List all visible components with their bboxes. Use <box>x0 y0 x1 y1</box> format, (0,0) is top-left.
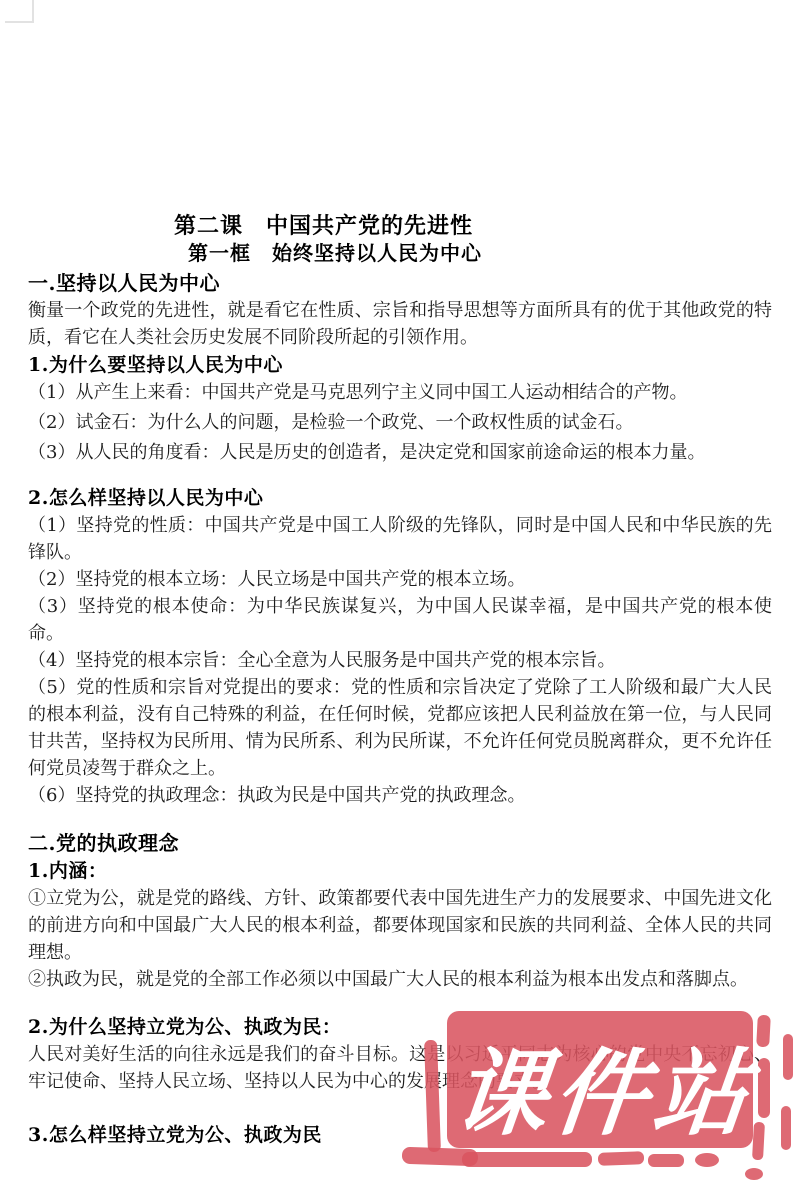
lesson-subtitle: 第一框 始终坚持以人民为中心 <box>188 240 772 266</box>
section-1-sub-2-heading: 2.怎么样坚持以人民为中心 <box>28 484 772 512</box>
list-item: （6）坚持党的执政理念：执政为民是中国共产党的执政理念。 <box>28 782 772 809</box>
section-2-sub-1-list: ①立党为公，就是党的路线、方针、政策都要代表中国先进生产力的发展要求、中国先进文… <box>28 885 772 993</box>
list-item: （2）试金石：为什么人的问题，是检验一个政党、一个政权性质的试金石。 <box>28 409 772 436</box>
list-item: （3）坚持党的根本使命：为中华民族谋复兴，为中国人民谋幸福，是中国共产党的根本使… <box>28 593 772 647</box>
section-1-sub-2-list: （1）坚持党的性质：中国共产党是中国工人阶级的先锋队，同时是中国人民和中华民族的… <box>28 512 772 809</box>
list-item: （2）坚持党的根本立场：人民立场是中国共产党的根本立场。 <box>28 566 772 593</box>
section-2-sub-2-paragraph: 人民对美好生活的向往永远是我们的奋斗目标。这是以习近平同志为核心的党中央不忘初心… <box>28 1041 772 1095</box>
list-item: ①立党为公，就是党的路线、方针、政策都要代表中国先进生产力的发展要求、中国先进文… <box>28 885 772 966</box>
section-2-sub-1-heading: 1.内涵： <box>28 857 772 885</box>
section-1-sub-1-list: （1）从产生上来看：中国共产党是马克思列宁主义同中国工人运动相结合的产物。 （2… <box>28 379 772 466</box>
section-2-sub-2-heading: 2.为什么坚持立党为公、执政为民： <box>28 1013 772 1041</box>
list-item: （3）从人民的角度看：人民是历史的创造者，是决定党和国家前途命运的根本力量。 <box>28 439 772 466</box>
section-1-intro: 衡量一个政党的先进性，就是看它在性质、宗旨和指导思想等方面所具有的优于其他政党的… <box>28 297 772 351</box>
list-item: （4）坚持党的根本宗旨：全心全意为人民服务是中国共产党的根本宗旨。 <box>28 647 772 674</box>
section-2-heading: 二.党的执政理念 <box>28 829 772 857</box>
course-title: 第二课 中国共产党的先进性 <box>174 212 772 240</box>
section-2-sub-3-heading: 3.怎么样坚持立党为公、执政为民 <box>28 1121 772 1149</box>
document-page: { "page": { "background": "#ffffff", "te… <box>0 0 800 1200</box>
document-body: 第二课 中国共产党的先进性 第一框 始终坚持以人民为中心 一.坚持以人民为中心 … <box>28 212 772 1149</box>
section-1-heading: 一.坚持以人民为中心 <box>28 269 772 297</box>
list-item: ②执政为民，就是党的全部工作必须以中国最广大人民的根本利益为根本出发点和落脚点。 <box>28 966 772 993</box>
page-corner-mark <box>5 0 34 23</box>
list-item: （5）党的性质和宗旨对党提出的要求：党的性质和宗旨决定了党除了工人阶级和最广大人… <box>28 674 772 782</box>
list-item: （1）从产生上来看：中国共产党是马克思列宁主义同中国工人运动相结合的产物。 <box>28 379 772 406</box>
list-item: （1）坚持党的性质：中国共产党是中国工人阶级的先锋队，同时是中国人民和中华民族的… <box>28 512 772 566</box>
section-1-sub-1-heading: 1.为什么要坚持以人民为中心 <box>28 351 772 379</box>
